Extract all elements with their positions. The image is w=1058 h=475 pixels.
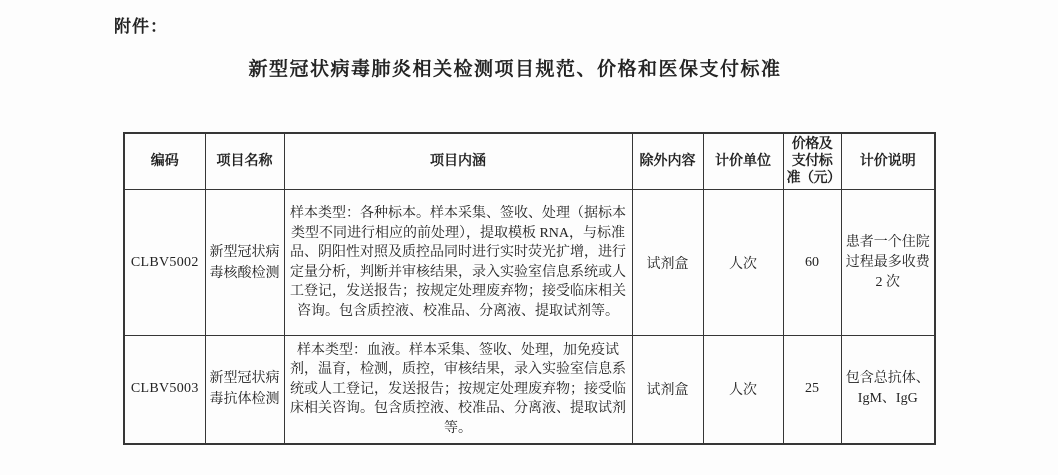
header-excluded: 除外内容 — [632, 133, 703, 190]
cell-code: CLBV5002 — [124, 190, 205, 336]
table-row-clbv5003: CLBV5003 新型冠状病毒抗体检测 样本类型：血液。样本采集、签收、处理，加… — [124, 336, 935, 444]
document-title: 新型冠状病毒肺炎相关检测项目规范、价格和医保支付标准 — [0, 54, 1030, 81]
header-pricing-note: 计价说明 — [841, 133, 935, 190]
document-page: 附件： 新型冠状病毒肺炎相关检测项目规范、价格和医保支付标准 编码 项目名称 项… — [0, 0, 1058, 475]
cell-unit: 人次 — [703, 190, 783, 336]
cell-unit: 人次 — [703, 336, 783, 444]
table-header-row: 编码 项目名称 项目内涵 除外内容 计价单位 价格及支付标准（元） 计价说明 — [124, 133, 935, 190]
cell-code: CLBV5003 — [124, 336, 205, 444]
cell-pricing-note: 包含总抗体、IgM、IgG — [841, 336, 935, 444]
header-code: 编码 — [124, 133, 205, 190]
cell-pricing-note: 患者一个住院过程最多收费 2 次 — [841, 190, 935, 336]
cell-project-content: 样本类型：各种标本。样本采集、签收、处理（据标本类型不同进行相应的前处理），提取… — [284, 190, 632, 336]
cell-excluded: 试剂盒 — [632, 336, 703, 444]
table-row-clbv5002: CLBV5002 新型冠状病毒核酸检测 样本类型：各种标本。样本采集、签收、处理… — [124, 190, 935, 336]
cell-price: 60 — [783, 190, 841, 336]
pricing-table: 编码 项目名称 项目内涵 除外内容 计价单位 价格及支付标准（元） 计价说明 C… — [123, 132, 936, 445]
cell-excluded: 试剂盒 — [632, 190, 703, 336]
header-price-standard: 价格及支付标准（元） — [783, 133, 841, 190]
header-unit: 计价单位 — [703, 133, 783, 190]
header-project-content: 项目内涵 — [284, 133, 632, 190]
cell-project-name: 新型冠状病毒抗体检测 — [205, 336, 284, 444]
cell-project-name: 新型冠状病毒核酸检测 — [205, 190, 284, 336]
attachment-label: 附件： — [114, 12, 168, 37]
header-project-name: 项目名称 — [205, 133, 284, 190]
cell-project-content: 样本类型：血液。样本采集、签收、处理，加免疫试剂，温育，检测，质控，审核结果，录… — [284, 336, 632, 444]
cell-price: 25 — [783, 336, 841, 444]
